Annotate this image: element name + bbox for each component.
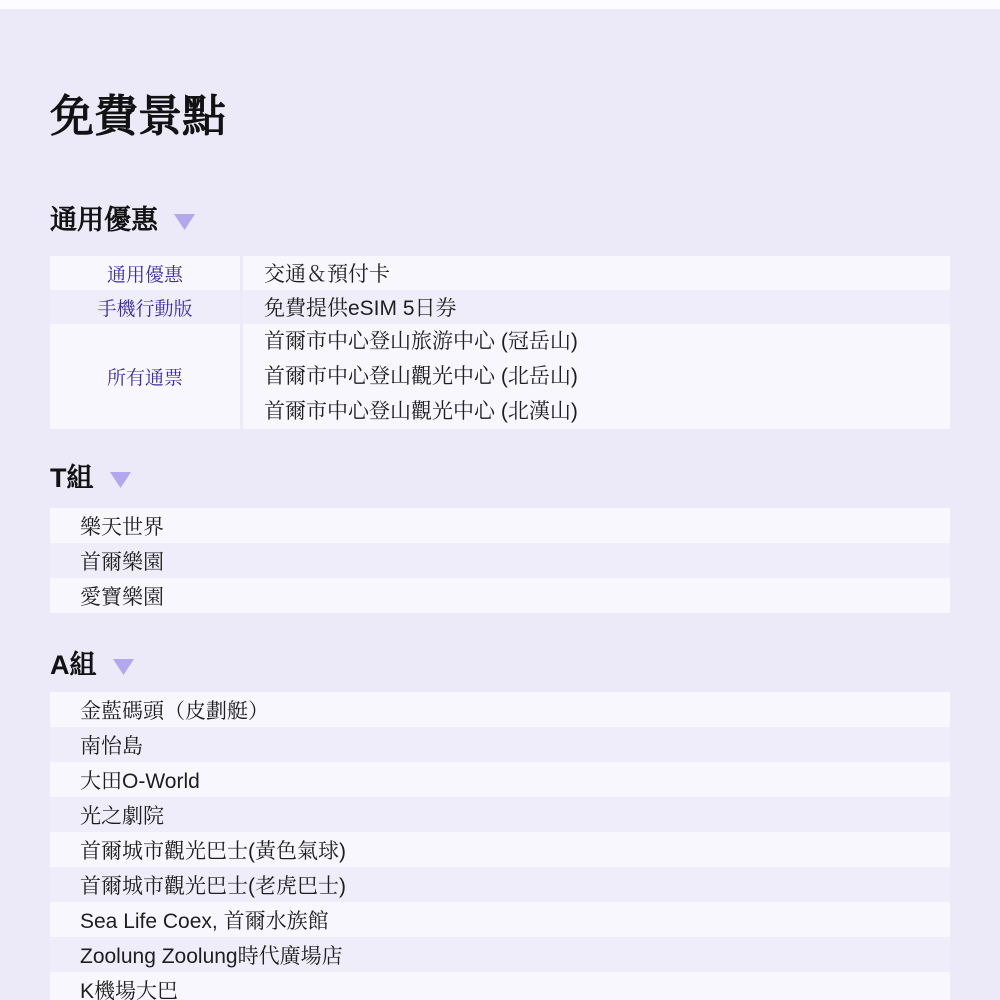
table-row-header-cell: 所有通票: [50, 324, 240, 429]
list-item: 金藍碼頭（皮劃艇）: [50, 692, 950, 727]
top-strip: [0, 0, 1000, 9]
row-label-link[interactable]: 所有通票: [107, 363, 183, 390]
list-item: 首爾城市觀光巴士(老虎巴士): [50, 867, 950, 902]
table-row: 手機行動版 免費提供eSIM 5日券: [50, 290, 950, 324]
list-item: 樂天世界: [50, 508, 950, 543]
page-title: 免費景點: [50, 86, 226, 148]
section-header-t-group[interactable]: T組: [50, 460, 131, 496]
table-row-value-cell: 免費提供eSIM 5日券: [243, 290, 950, 324]
value-line: 首爾市中心登山觀光中心 (北岳山): [264, 359, 578, 394]
general-offers-table: 通用優惠 交通＆預付卡 手機行動版 免費提供eSIM 5日券 所有通票 首爾市中…: [50, 256, 950, 429]
collapse-triangle-icon[interactable]: [174, 214, 195, 230]
t-group-list: 樂天世界 首爾樂園 愛寶樂園: [50, 508, 950, 613]
list-item: 愛寶樂園: [50, 578, 950, 613]
section-header-general[interactable]: 通用優惠: [50, 202, 195, 238]
section-title-t-group: T組: [50, 460, 94, 496]
list-item: K機場大巴: [50, 972, 950, 1000]
table-row: 通用優惠 交通＆預付卡: [50, 256, 950, 290]
collapse-triangle-icon[interactable]: [110, 472, 131, 488]
list-item: Sea Life Coex, 首爾水族館: [50, 902, 950, 937]
list-item: 首爾樂園: [50, 543, 950, 578]
collapse-triangle-icon[interactable]: [113, 659, 134, 675]
value-line: 首爾市中心登山旅游中心 (冠岳山): [264, 324, 578, 359]
list-item: 首爾城市觀光巴士(黃色氣球): [50, 832, 950, 867]
section-title-general: 通用優惠: [50, 202, 158, 238]
row-label-link[interactable]: 通用優惠: [107, 260, 183, 287]
table-row-header-cell: 手機行動版: [50, 290, 240, 324]
a-group-list: 金藍碼頭（皮劃艇） 南怡島 大田O-World 光之劇院 首爾城市觀光巴士(黃色…: [50, 692, 950, 1000]
table-row-value-cell: 交通＆預付卡: [243, 256, 950, 290]
table-row-header-cell: 通用優惠: [50, 256, 240, 290]
list-item: 大田O-World: [50, 762, 950, 797]
list-item: Zoolung Zoolung時代廣場店: [50, 937, 950, 972]
section-title-a-group: A組: [50, 647, 97, 683]
row-label-link[interactable]: 手機行動版: [97, 294, 192, 321]
list-item: 南怡島: [50, 727, 950, 762]
table-row-value-cell: 首爾市中心登山旅游中心 (冠岳山) 首爾市中心登山觀光中心 (北岳山) 首爾市中…: [243, 324, 950, 429]
section-header-a-group[interactable]: A組: [50, 647, 134, 683]
value-line: 首爾市中心登山觀光中心 (北漢山): [264, 394, 578, 429]
list-item: 光之劇院: [50, 797, 950, 832]
table-row: 所有通票 首爾市中心登山旅游中心 (冠岳山) 首爾市中心登山觀光中心 (北岳山)…: [50, 324, 950, 429]
